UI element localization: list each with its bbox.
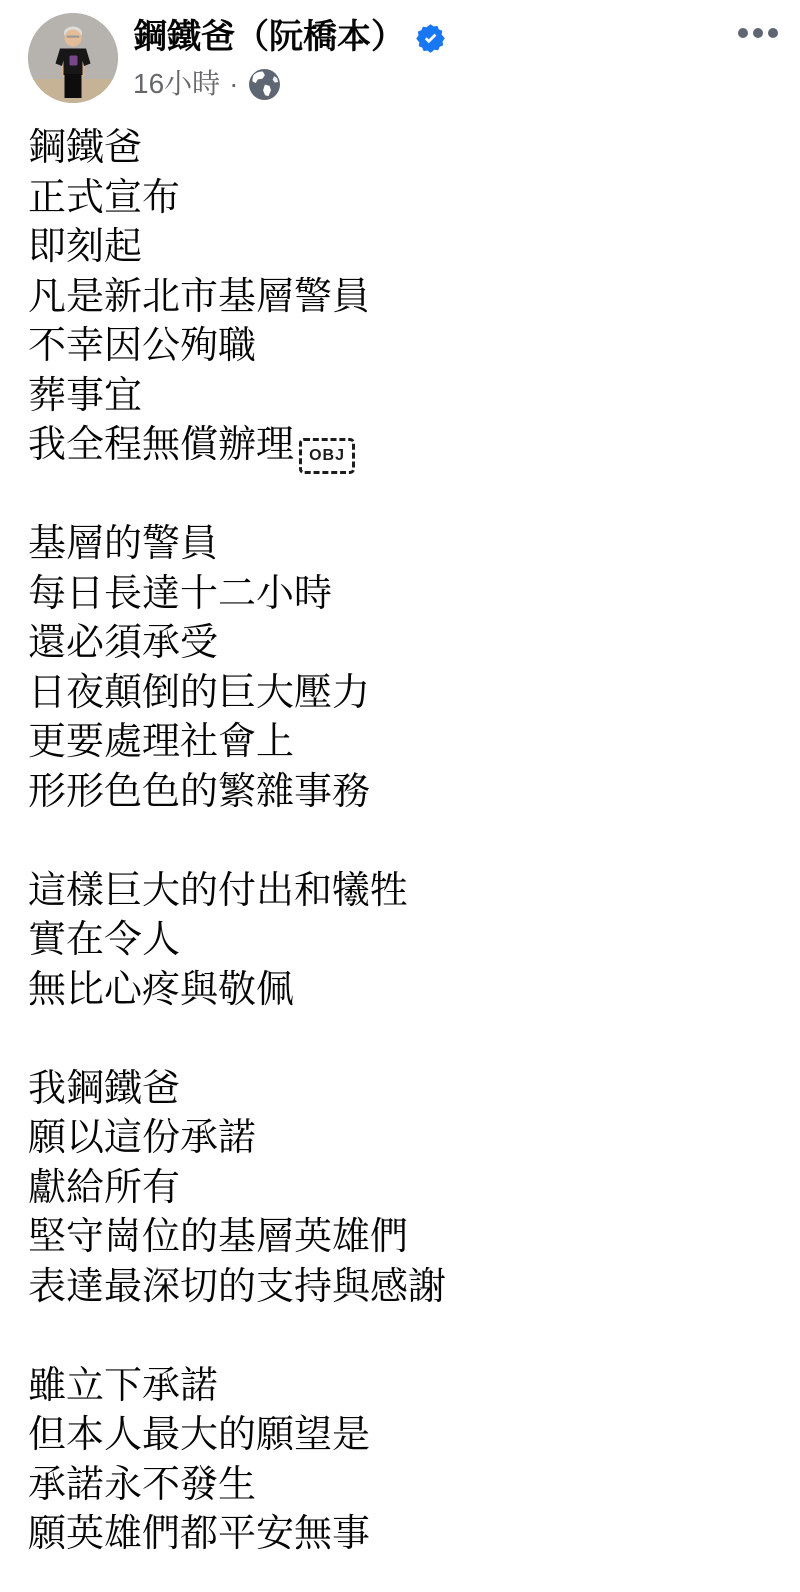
meta-row: 16小時 · — [133, 67, 445, 101]
post-line: 正式宣布 — [28, 174, 776, 224]
post-line: 實在令人 — [28, 916, 776, 966]
post-line: 基層的警員 — [28, 520, 776, 570]
post-line: 形形色色的繁雜事務 — [28, 768, 776, 818]
post-line: 更要處理社會上 — [28, 718, 776, 768]
post-line: 但本人最大的願望是 — [28, 1411, 776, 1461]
object-replacement-char: OBJ — [299, 438, 355, 474]
post-line: 即刻起 — [28, 223, 776, 273]
post-line: 不幸因公殉職 — [28, 322, 776, 372]
meta-separator: · — [229, 67, 238, 101]
facebook-post-card: 鋼鐵爸（阮橋本） 16小時 · — [0, 0, 800, 1592]
post-line-blank — [28, 1015, 776, 1065]
post-line: 雖立下承諾 — [28, 1362, 776, 1412]
post-line: 承諾永不發生 — [28, 1461, 776, 1511]
post-line: 願以這份承諾 — [28, 1114, 776, 1164]
timestamp[interactable]: 16小時 — [133, 67, 220, 101]
post-line: 獻給所有 — [28, 1164, 776, 1214]
author-name[interactable]: 鋼鐵爸（阮橋本） — [133, 16, 405, 58]
object-replacement-label: OBJ — [309, 431, 345, 481]
post-line-blank — [28, 1312, 776, 1362]
more-options-button[interactable] — [738, 20, 778, 46]
post-line-blank — [28, 471, 776, 521]
profile-photo — [28, 13, 118, 103]
header-info: 鋼鐵爸（阮橋本） 16小時 · — [133, 16, 445, 101]
globe-privacy-icon — [249, 69, 280, 100]
post-line: 葬事宜 — [28, 372, 776, 422]
verified-badge-icon — [416, 24, 445, 53]
post-line: 日夜顛倒的巨大壓力 — [28, 669, 776, 719]
post-line: 鋼鐵爸 — [28, 124, 776, 174]
more-options-icon — [738, 28, 748, 38]
post-content: 鋼鐵爸正式宣布即刻起凡是新北市基層警員不幸因公殉職葬事宜我全程無償辦理OBJ基層… — [28, 124, 776, 1560]
more-options-icon — [753, 28, 763, 38]
avatar[interactable] — [28, 13, 118, 103]
post-line: 表達最深切的支持與感謝 — [28, 1263, 776, 1313]
post-line: 這樣巨大的付出和犧牲 — [28, 867, 776, 917]
post-line: 每日長達十二小時 — [28, 570, 776, 620]
post-line: 願英雄們都平安無事 — [28, 1510, 776, 1560]
post-line: 我全程無償辦理OBJ — [28, 421, 776, 471]
more-options-icon — [768, 28, 778, 38]
post-line-blank — [28, 817, 776, 867]
post-header: 鋼鐵爸（阮橋本） 16小時 · — [0, 0, 800, 120]
name-row: 鋼鐵爸（阮橋本） — [133, 16, 445, 58]
post-line: 還必須承受 — [28, 619, 776, 669]
post-line: 無比心疼與敬佩 — [28, 966, 776, 1016]
post-line: 凡是新北市基層警員 — [28, 273, 776, 323]
post-line: 堅守崗位的基層英雄們 — [28, 1213, 776, 1263]
post-line: 我鋼鐵爸 — [28, 1065, 776, 1115]
